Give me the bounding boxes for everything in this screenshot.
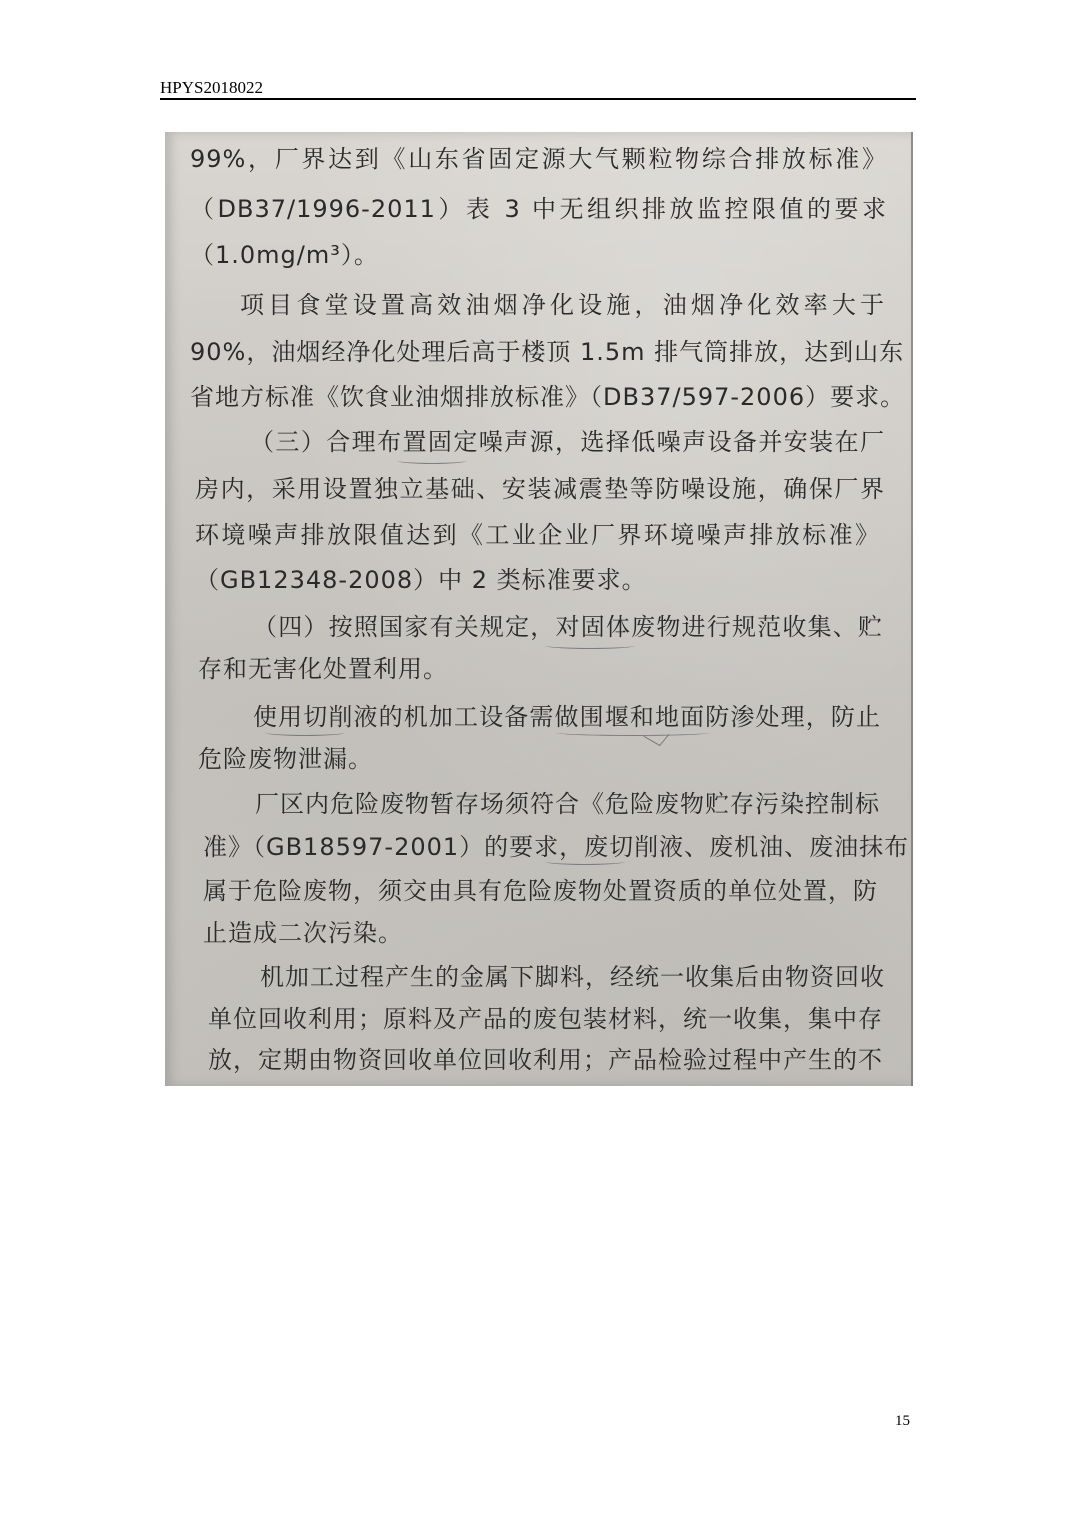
text-line: 放，定期由物资回收单位回收利用；产品检验过程中产生的不 [208, 1045, 870, 1075]
text-line: （GB12348-2008）中 2 类标准要求。 [195, 565, 647, 595]
pencil-underline [555, 729, 710, 736]
text-line: 属于危险废物，须交由具有危险废物处置资质的单位处置，防 [203, 876, 873, 906]
text-line: 存和无害化处置利用。 [198, 654, 448, 684]
text-line: 环境噪声排放限值达到《工业企业厂界环境噪声排放标准》 [195, 520, 880, 550]
text-line: 90%，油烟经净化处理后高于楼顶 1.5m 排气筒排放，达到山东 [190, 337, 885, 367]
text-line: 准》（GB18597-2001）的要求，废切削液、废机油、废油抹布 [203, 832, 873, 862]
text-line: 项目食堂设置高效油烟净化设施，油烟净化效率大于 [240, 290, 885, 320]
text-line: 99%，厂界达到《山东省固定源大气颗粒物综合排放标准》 [190, 144, 887, 174]
text-line: 止造成二次污染。 [203, 918, 403, 948]
text-line: （三）合理布置固定噪声源，选择低噪声设备并安装在厂 [250, 427, 885, 457]
page-number: 15 [895, 1413, 910, 1430]
text-line: 房内，采用设置独立基础、安装减震垫等防噪设施，确保厂界 [195, 474, 885, 504]
text-line: 危险废物泄漏。 [198, 744, 373, 774]
pencil-underline [545, 642, 635, 649]
text-line: （DB37/1996-2011）表 3 中无组织排放监控限值的要求 [190, 194, 887, 224]
text-line: 机加工过程产生的金属下脚料，经统一收集后由物资回收 [260, 962, 870, 992]
text-line: 省地方标准《饮食业油烟排放标准》（DB37/597-2006）要求。 [190, 382, 887, 412]
text-line: 厂区内危险废物暂存场须符合《危险废物贮存污染控制标 [255, 789, 875, 819]
document-code: HPYS2018022 [160, 78, 263, 98]
text-line: 单位回收利用；原料及产品的废包装材料，统一收集，集中存 [208, 1004, 870, 1034]
text-line: 使用切削液的机加工设备需做围堰和地面防渗处理，防止 [253, 702, 881, 732]
text-line: （四）按照国家有关规定，对固体废物进行规范收集、贮 [253, 612, 883, 642]
pencil-underline [265, 729, 345, 736]
page-header: HPYS2018022 [160, 78, 916, 100]
text-line: （1.0mg/m³）。 [190, 240, 379, 270]
scanned-page-photo: 99%，厂界达到《山东省固定源大气颗粒物综合排放标准》 （DB37/1996-2… [165, 132, 913, 1086]
pencil-underline [397, 457, 467, 464]
header-divider [160, 98, 916, 100]
pencil-underline [545, 858, 625, 865]
